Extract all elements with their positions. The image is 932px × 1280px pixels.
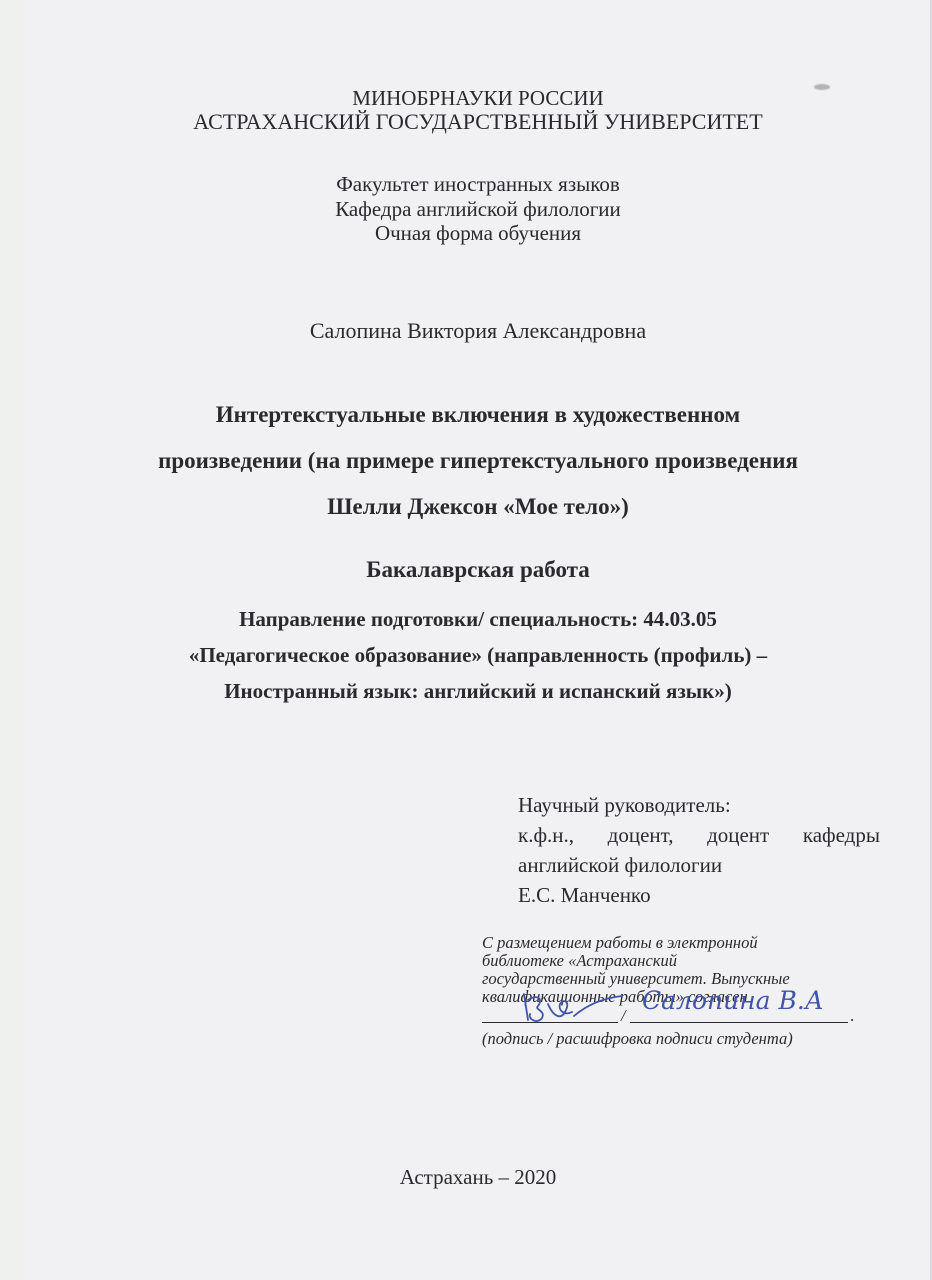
supervisor-department: английской филологии — [518, 850, 880, 880]
specialty-line-2: «Педагогическое образование» (направленн… — [24, 643, 932, 668]
ministry-name: МИНОБРНАУКИ РОССИИ — [24, 86, 932, 111]
handwritten-signature — [518, 990, 628, 1026]
study-form: Очная форма обучения — [24, 221, 932, 246]
thesis-title-line-3: Шелли Джексон «Мое тело») — [24, 494, 932, 520]
handwritten-name: Салопина В.А — [642, 992, 824, 1010]
scan-left-margin — [0, 0, 25, 1280]
signature-end: . — [850, 1007, 854, 1025]
author-name: Салопина Виктория Александровна — [24, 318, 932, 344]
credential-position: доцент — [707, 820, 769, 850]
title-page: МИНОБРНАУКИ РОССИИ АСТРАХАНСКИЙ ГОСУДАРС… — [24, 0, 932, 1280]
faculty-name: Факультет иностранных языков — [24, 172, 932, 197]
credential-chair: кафедры — [803, 820, 880, 850]
work-type: Бакалаврская работа — [24, 557, 932, 583]
signature-row: / . Салопина В.А — [482, 1006, 872, 1026]
supervisor-name: Е.С. Манченко — [518, 880, 880, 910]
signature-caption: (подпись / расшифровка подписи студента) — [482, 1030, 872, 1048]
credential-title: доцент, — [608, 820, 674, 850]
thesis-title-line-1: Интертекстуальные включения в художестве… — [24, 402, 932, 428]
consent-line-1: С размещением работы в электронной — [482, 934, 872, 952]
credential-degree: к.ф.н., — [518, 820, 574, 850]
chair-name: Кафедра английской филологии — [24, 197, 932, 222]
thesis-title-line-2: произведении (на примере гипертекстуальн… — [24, 448, 932, 474]
library-consent-block: С размещением работы в электронной библи… — [482, 934, 872, 1048]
university-name: АСТРАХАНСКИЙ ГОСУДАРСТВЕННЫЙ УНИВЕРСИТЕТ — [24, 109, 932, 135]
supervisor-label: Научный руководитель: — [518, 790, 880, 820]
supervisor-block: Научный руководитель: к.ф.н., доцент, до… — [518, 790, 880, 910]
signature-decoding-line — [630, 1022, 848, 1023]
city-year: Астрахань – 2020 — [24, 1165, 932, 1190]
specialty-line-1: Направление подготовки/ специальность: 4… — [24, 607, 932, 632]
specialty-line-3: Иностранный язык: английский и испанский… — [24, 679, 932, 704]
consent-line-2: библиотеке «Астраханский — [482, 952, 872, 970]
supervisor-credentials: к.ф.н., доцент, доцент кафедры — [518, 820, 880, 850]
